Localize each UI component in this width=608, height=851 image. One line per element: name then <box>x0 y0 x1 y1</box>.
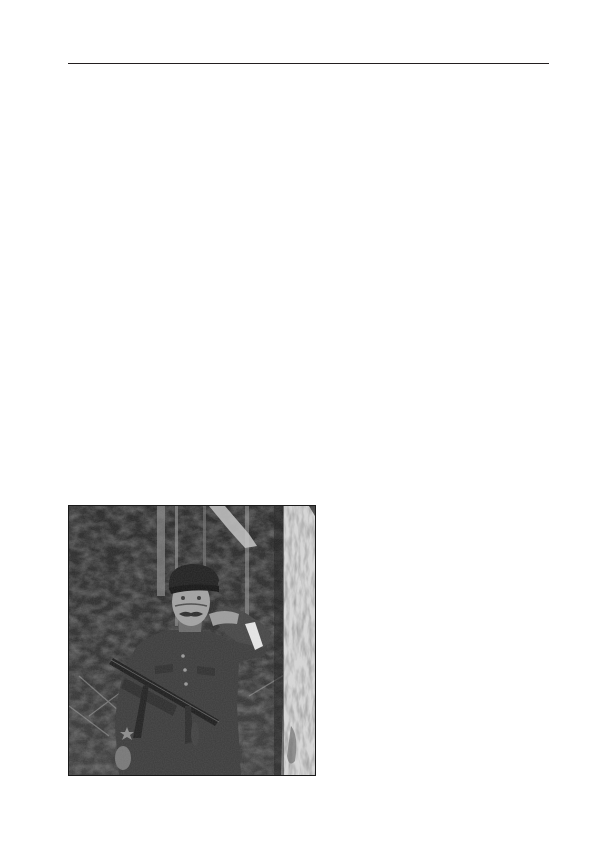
photograph: Black-and-white photograph of a bearded … <box>68 505 316 776</box>
photo-illustration <box>69 506 315 775</box>
header-rule <box>68 63 549 64</box>
